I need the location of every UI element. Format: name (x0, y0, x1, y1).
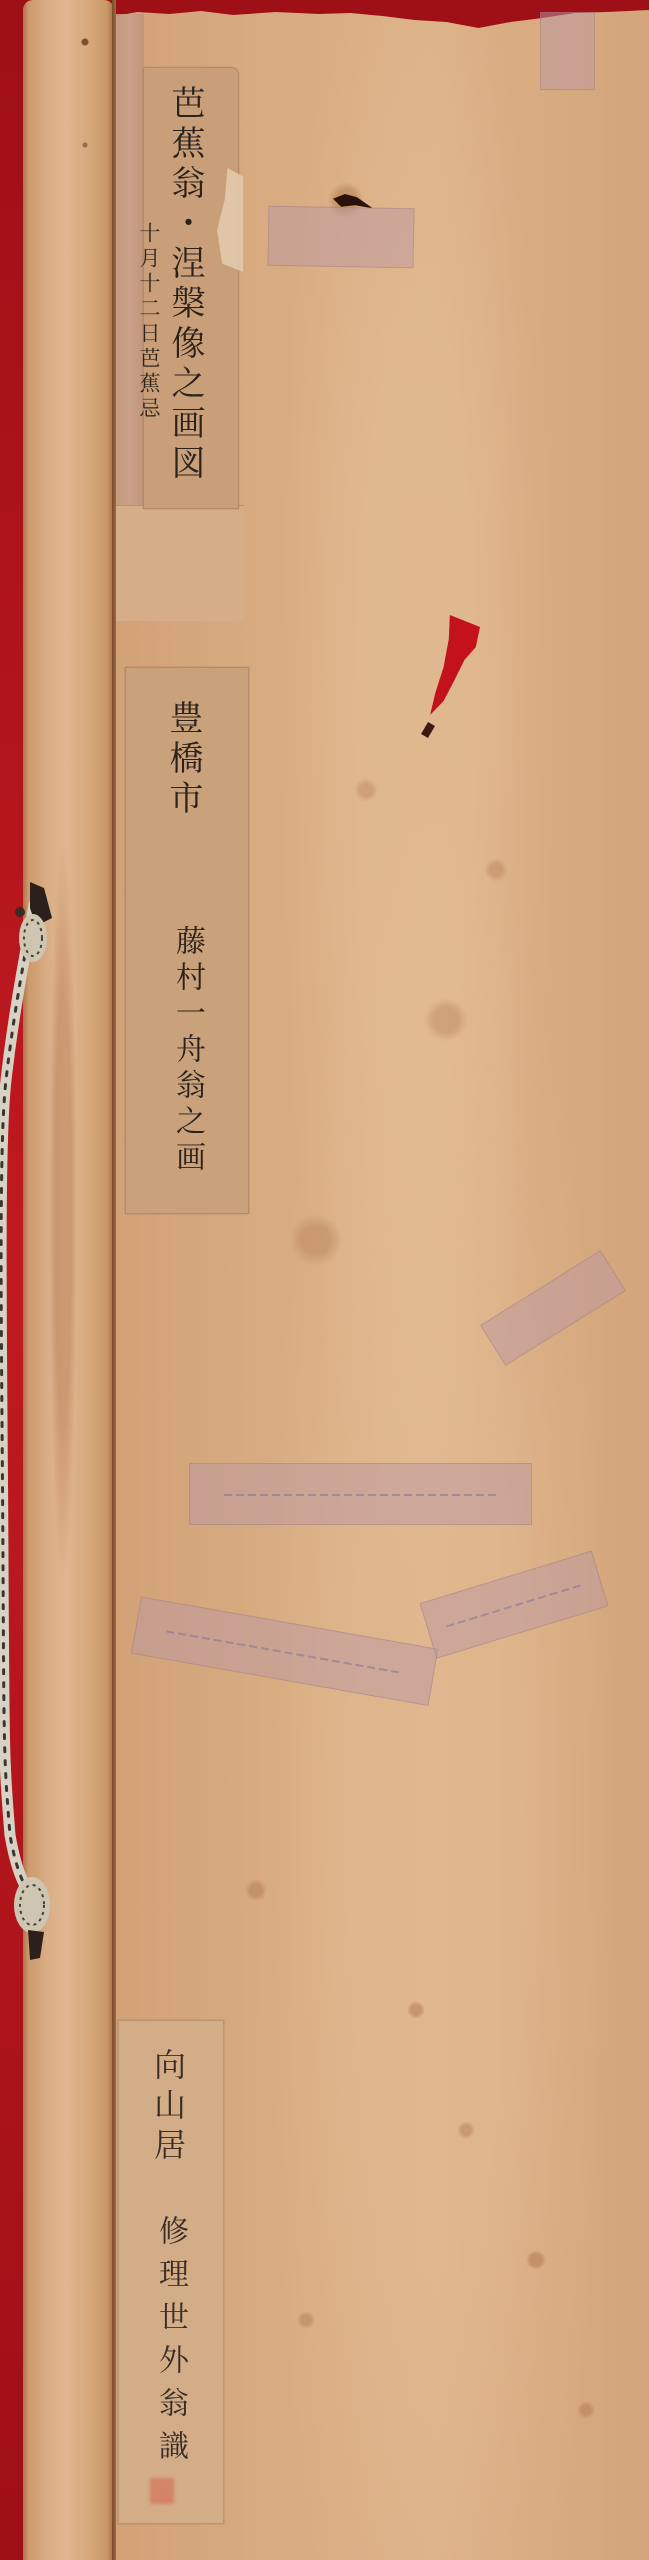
bottom-cord-knot (14, 1877, 50, 1960)
artist-text: 藤村一舟翁之画 (172, 925, 202, 1177)
metal-fitting-icon (28, 1930, 44, 1960)
tape-stain (224, 1494, 497, 1496)
repair-tape (540, 12, 595, 90)
title-text: 芭蕉翁・涅槃像之画図 (168, 85, 202, 485)
repair-tape (189, 1463, 532, 1525)
repair-tape (267, 206, 414, 269)
red-seal-stamp (150, 2478, 174, 2504)
hanging-cord (0, 860, 70, 1980)
signature-text: 修理世外翁識 (155, 2215, 185, 2473)
memorial-date-note: 十月十二日芭蕉忌 (138, 222, 159, 422)
studio-text: 向山居 (152, 2048, 184, 2168)
scroll-photo: 芭蕉翁・涅槃像之画図 十月十二日芭蕉忌 豊橋市 藤村一舟翁之画 向山居 修理世外… (0, 0, 649, 2560)
paper-band (116, 505, 244, 621)
place-text: 豊橋市 (166, 700, 200, 820)
